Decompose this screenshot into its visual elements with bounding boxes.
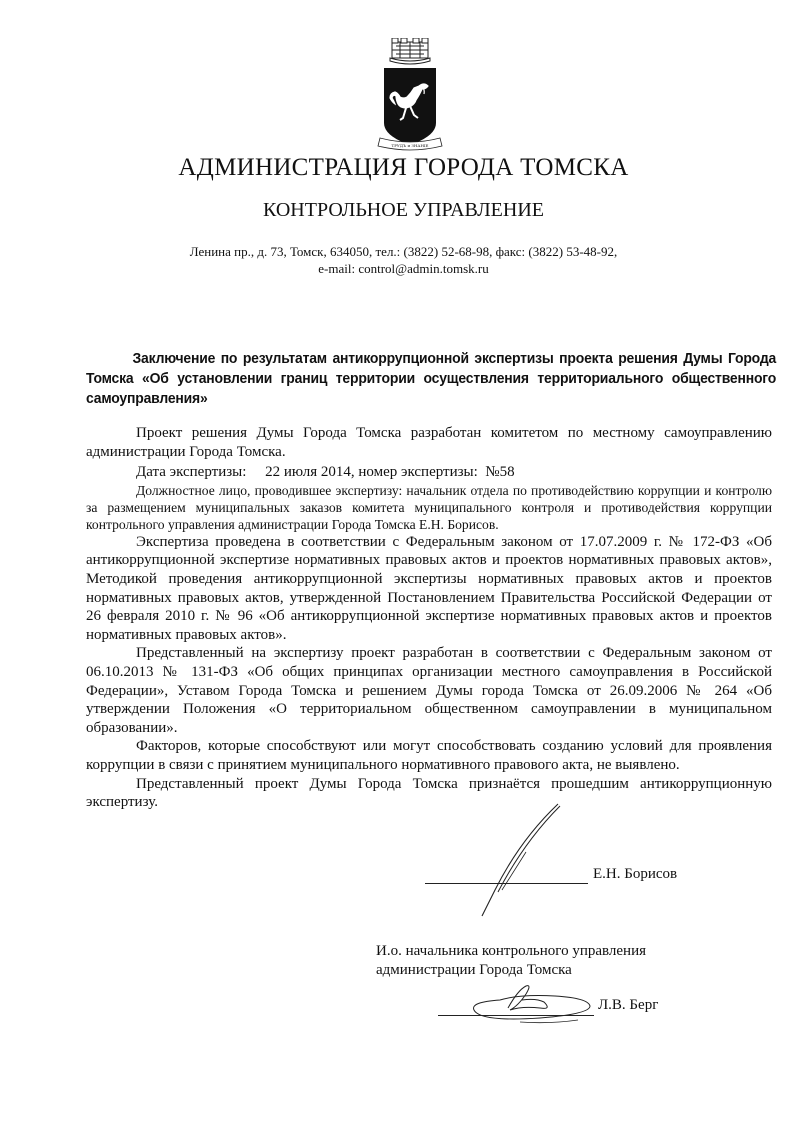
contact-info: Ленина пр., д. 73, Томск, 634050, тел.: … xyxy=(0,243,807,277)
document-body: Проект решения Думы Города Томска разраб… xyxy=(86,424,772,812)
paragraph-corruption-factors: Факторов, которые способствуют или могут… xyxy=(86,737,772,774)
paragraph-project-developer: Проект решения Думы Города Томска разраб… xyxy=(86,424,772,461)
paragraph-expertise-date: Дата экспертизы: 22 июля 2014, номер экс… xyxy=(86,463,772,482)
position-line-2: администрации Города Томска xyxy=(376,961,646,980)
document-heading: Заключение по результатам антикоррупцион… xyxy=(86,349,776,409)
svg-text:ТРУДЪ и ЗНАНІЕ: ТРУДЪ и ЗНАНІЕ xyxy=(392,143,429,148)
email-line: e-mail: control@admin.tomsk.ru xyxy=(0,260,807,277)
position-line-1: И.о. начальника контрольного управления xyxy=(376,942,646,961)
expert-name: Е.Н. Борисов xyxy=(593,866,677,883)
head-signature-mark xyxy=(460,978,600,1028)
coat-of-arms-emblem: ТРУДЪ и ЗНАНІЕ xyxy=(370,38,450,153)
signatory-position: И.о. начальника контрольного управления … xyxy=(376,942,646,979)
paragraph-conclusion: Представленный проект Думы Города Томска… xyxy=(86,775,772,812)
expert-signature-mark xyxy=(460,800,580,920)
head-signature-line xyxy=(438,1015,594,1016)
tomsk-coat-of-arms-icon: ТРУДЪ и ЗНАНІЕ xyxy=(370,38,450,153)
paragraph-responsible-official: Должностное лицо, проводившее экспертизу… xyxy=(86,482,772,533)
head-name: Л.В. Берг xyxy=(598,997,658,1014)
address-line: Ленина пр., д. 73, Томск, 634050, тел.: … xyxy=(0,243,807,260)
paragraph-legal-basis: Экспертиза проведена в соответствии с Фе… xyxy=(86,533,772,645)
department-name: КОНТРОЛЬНОЕ УПРАВЛЕНИЕ xyxy=(0,199,807,222)
organization-name: АДМИНИСТРАЦИЯ ГОРОДА ТОМСКА xyxy=(0,154,807,182)
expert-signature-line xyxy=(425,883,588,884)
paragraph-project-compliance: Представленный на экспертизу проект разр… xyxy=(86,644,772,737)
